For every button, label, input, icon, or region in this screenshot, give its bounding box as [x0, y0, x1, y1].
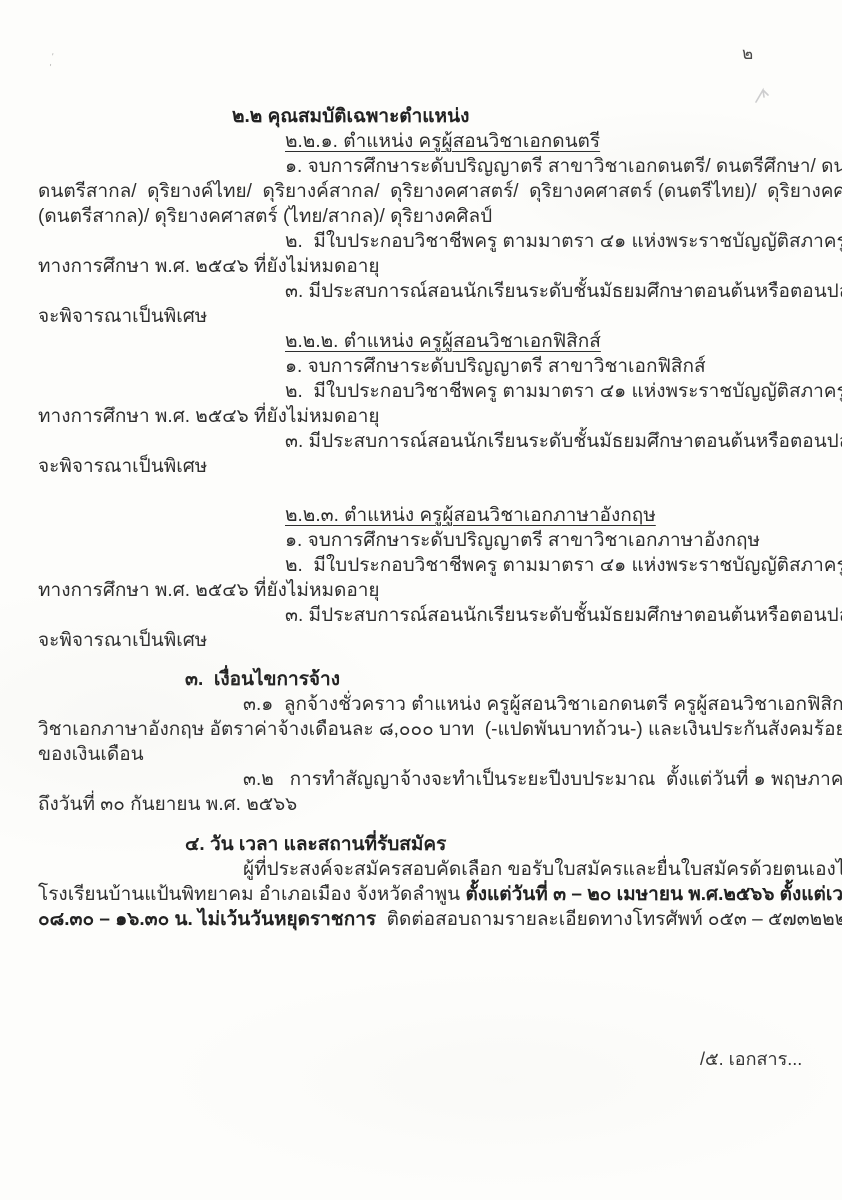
doc-line-segment-bold: ๐๘.๓๐ – ๑๖.๓๐ น. ไม่เว้นวันหยุดราชการ [38, 909, 376, 930]
scanned-document-page: '' ๒ ๒.๒ คุณสมบัติเฉพาะตำแหน่ง ๒.๒.๑. ตำ… [0, 0, 842, 1200]
doc-line: ดนตรีสากล/ ดุริยางค์ไทย/ ดุริยางค์สากล/ … [38, 179, 822, 204]
section-4-heading: ๔. วัน เวลา และสถานที่รับสมัคร [38, 832, 822, 857]
section-2-2-heading: ๒.๒ คุณสมบัติเฉพาะตำแหน่ง [38, 104, 822, 129]
section-3-heading: ๓. เงื่อนไขการจ้าง [38, 667, 822, 692]
doc-line: ๑. จบการศึกษาระดับปริญญาตรี สาขาวิชาเอกฟ… [38, 354, 822, 379]
doc-line-segment: ติดต่อสอบถามรายละเอียดทางโทรศัพท์ ๐๕๓ – … [376, 909, 842, 930]
doc-line: ๒. มีใบประกอบวิชาชีพครู ตามมาตรา ๔๑ แห่ง… [38, 553, 822, 578]
section-2-2-3-heading: ๒.๒.๓. ตำแหน่ง ครูผู้สอนวิชาเอกภาษาอังกฤ… [38, 503, 822, 528]
doc-line: ๓.๒ การทำสัญญาจ้างจะทำเป็นระยะปีงบประมาณ… [38, 767, 822, 792]
doc-line: (ดนตรีสากล)/ ดุริยางคศาสตร์ (ไทย/สากล)/ … [38, 204, 822, 229]
doc-line: ๑. จบการศึกษาระดับปริญญาตรี สาขาวิชาเอกด… [38, 154, 822, 179]
doc-line: ถึงวันที่ ๓๐ กันยายน พ.ศ. ๒๕๖๖ [38, 792, 822, 817]
doc-line-segment-bold: ตั้งแต่วันที่ ๓ – ๒๐ เมษายน พ.ศ.๒๕๖๖ ตั้… [465, 884, 842, 905]
doc-line: ทางการศึกษา พ.ศ. ๒๕๔๖ ที่ยังไม่หมดอายุ [38, 404, 822, 429]
doc-line: ของเงินเดือน [38, 742, 822, 767]
doc-line: ๑. จบการศึกษาระดับปริญญาตรี สาขาวิชาเอกภ… [38, 528, 822, 553]
section-2-2-2-heading: ๒.๒.๒. ตำแหน่ง ครูผู้สอนวิชาเอกฟิสิกส์ [38, 329, 822, 354]
doc-line: ๐๘.๓๐ – ๑๖.๓๐ น. ไม่เว้นวันหยุดราชการ ติ… [38, 907, 822, 932]
scan-speck-mark: '' [48, 52, 55, 74]
section-2-2-1-heading: ๒.๒.๑. ตำแหน่ง ครูผู้สอนวิชาเอกดนตรี [38, 129, 822, 154]
doc-line: จะพิจารณาเป็นพิเศษ [38, 304, 822, 329]
document-body: ๒.๒ คุณสมบัติเฉพาะตำแหน่ง ๒.๒.๑. ตำแหน่ง… [38, 104, 822, 932]
doc-line: ทางการศึกษา พ.ศ. ๒๕๔๖ ที่ยังไม่หมดอายุ [38, 254, 822, 279]
doc-line-segment: โรงเรียนบ้านแป้นพิทยาคม อำเภอเมือง จังหว… [38, 884, 465, 905]
scan-pen-mark [752, 86, 770, 106]
doc-line: ๓. มีประสบการณ์สอนนักเรียนระดับชั้นมัธยม… [38, 429, 822, 454]
doc-line: วิชาเอกภาษาอังกฤษ อัตราค่าจ้างเดือนละ ๘,… [38, 717, 822, 742]
doc-line: ๓. มีประสบการณ์สอนนักเรียนระดับชั้นมัธยม… [38, 603, 822, 628]
doc-line: จะพิจารณาเป็นพิเศษ [38, 628, 822, 653]
doc-line: ๓.๑ ลูกจ้างชั่วคราว ตำแหน่ง ครูผู้สอนวิช… [38, 692, 822, 717]
doc-line: โรงเรียนบ้านแป้นพิทยาคม อำเภอเมือง จังหว… [38, 882, 822, 907]
doc-line: ทางการศึกษา พ.ศ. ๒๕๔๖ ที่ยังไม่หมดอายุ [38, 578, 822, 603]
continuation-note: /๕. เอกสาร... [700, 1044, 802, 1073]
doc-line: ผู้ที่ประสงค์จะสมัครสอบคัดเลือก ขอรับใบส… [38, 857, 822, 882]
doc-line: ๒. มีใบประกอบวิชาชีพครู ตามมาตรา ๔๑ แห่ง… [38, 229, 822, 254]
doc-line: ๓. มีประสบการณ์สอนนักเรียนระดับชั้นมัธยม… [38, 279, 822, 304]
doc-line: จะพิจารณาเป็นพิเศษ [38, 454, 822, 479]
page-number: ๒ [742, 40, 753, 67]
doc-line: ๒. มีใบประกอบวิชาชีพครู ตามมาตรา ๔๑ แห่ง… [38, 379, 822, 404]
